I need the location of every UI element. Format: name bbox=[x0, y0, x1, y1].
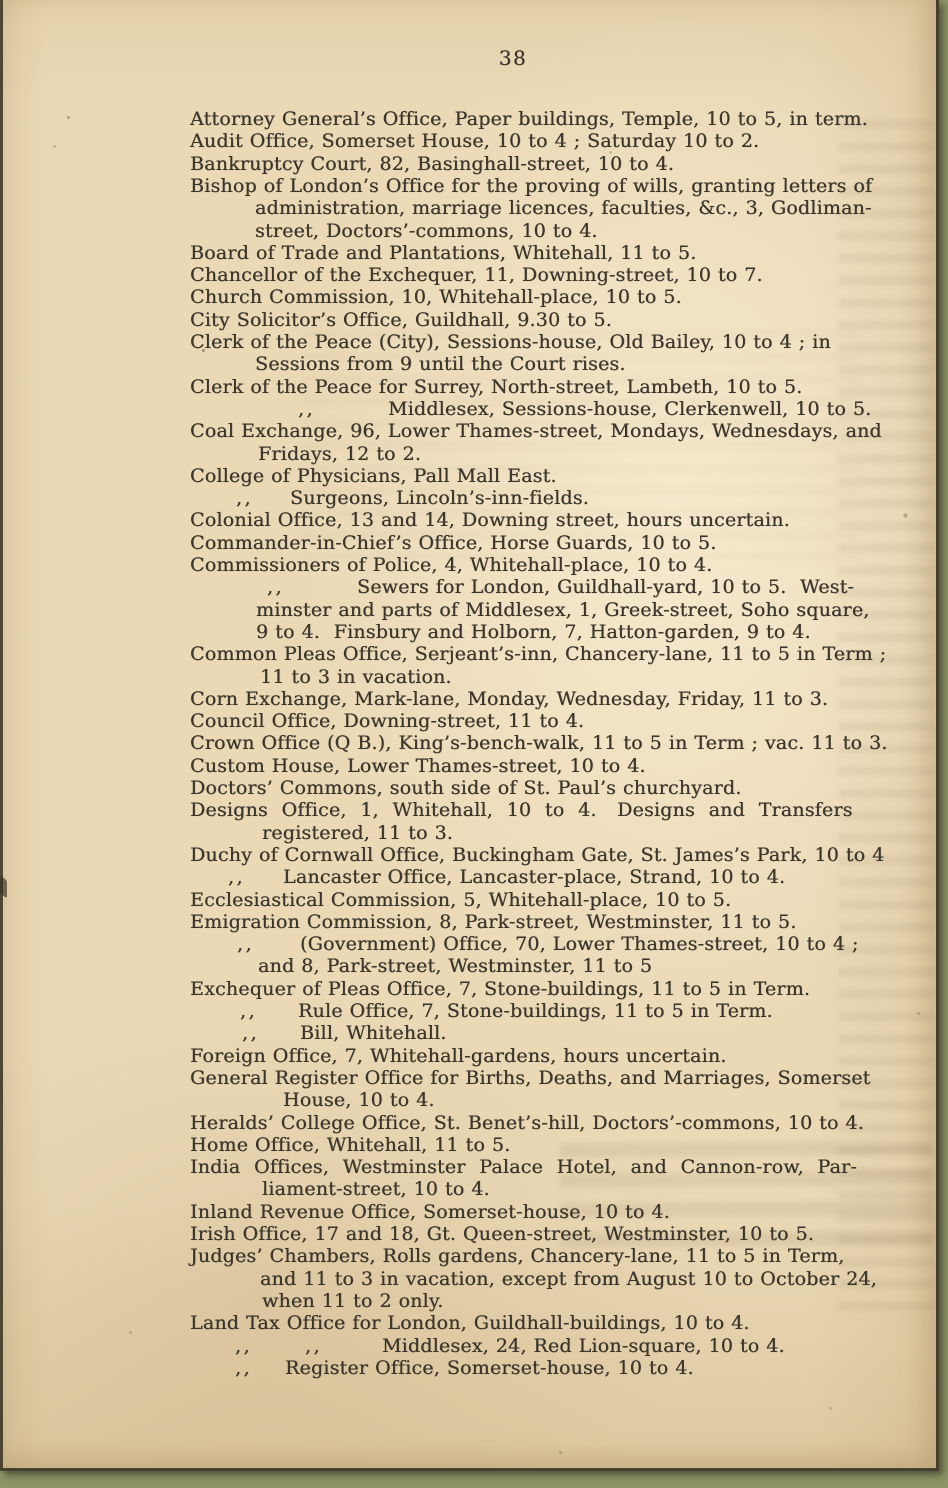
entry-text: Commander-in-Chief’s Office, Horse Guard… bbox=[190, 532, 716, 554]
entry-text: Surgeons, Lincoln’s-inn-fields. bbox=[290, 487, 589, 509]
entry-text: Corn Exchange, Mark-lane, Monday, Wednes… bbox=[190, 688, 828, 710]
entry-text: Crown Office (Q B.), King’s-bench-walk, … bbox=[190, 732, 888, 754]
page-left-edge bbox=[0, 0, 3, 1468]
directory-line: administration, marriage licences, facul… bbox=[190, 197, 890, 220]
directory-line: India Offices, Westminster Palace Hotel,… bbox=[190, 1156, 890, 1179]
entry-text: Foreign Office, 7, Whitehall-gardens, ho… bbox=[190, 1045, 727, 1067]
entry-text: when 11 to 2 only. bbox=[262, 1290, 443, 1312]
directory-line: Bishop of London’s Office for the provin… bbox=[190, 175, 890, 198]
ditto-mark: ,, bbox=[305, 1335, 322, 1357]
directory-line: minster and parts of Middlesex, 1, Greek… bbox=[190, 599, 890, 622]
entry-text: Bill, Whitehall. bbox=[300, 1022, 447, 1044]
directory-line: Bankruptcy Court, 82, Basinghall-street,… bbox=[190, 153, 890, 176]
entry-text: Commissioners of Police, 4, Whitehall-pl… bbox=[190, 554, 712, 576]
directory-line: Church Commission, 10, Whitehall-place, … bbox=[190, 286, 890, 309]
entry-text: minster and parts of Middlesex, 1, Greek… bbox=[256, 599, 870, 621]
entry-text: Clerk of the Peace for Surrey, North-str… bbox=[190, 376, 802, 398]
directory-line: Fridays, 12 to 2. bbox=[190, 443, 890, 466]
entry-text: Ecclesiastical Commission, 5, Whitehall-… bbox=[190, 889, 731, 911]
directory-line: registered, 11 to 3. bbox=[190, 822, 890, 845]
entry-text: Emigration Commission, 8, Park-street, W… bbox=[190, 911, 796, 933]
entry-text: Custom House, Lower Thames-street, 10 to… bbox=[190, 755, 646, 777]
entry-text: Doctors’ Commons, south side of St. Paul… bbox=[190, 777, 742, 799]
entry-text: Land Tax Office for London, Guildhall-bu… bbox=[190, 1312, 750, 1334]
directory-line: Ecclesiastical Commission, 5, Whitehall-… bbox=[190, 889, 890, 912]
directory-line: and 8, Park-street, Westminster, 11 to 5 bbox=[190, 955, 890, 978]
entry-text: street, Doctors’-commons, 10 to 4. bbox=[255, 220, 598, 242]
directory-line: ,,Sewers for London, Guildhall-yard, 10 … bbox=[190, 576, 890, 599]
directory-line: Duchy of Cornwall Office, Buckingham Gat… bbox=[190, 844, 890, 867]
entry-text: Bankruptcy Court, 82, Basinghall-street,… bbox=[190, 153, 674, 175]
directory-line: liament-street, 10 to 4. bbox=[190, 1178, 890, 1201]
entry-text: Register Office, Somerset-house, 10 to 4… bbox=[285, 1357, 694, 1379]
directory-line: ,,Middlesex, Sessions-house, Clerkenwell… bbox=[190, 398, 890, 421]
ditto-mark: ,, bbox=[235, 1335, 252, 1357]
directory-line: and 11 to 3 in vacation, except from Aug… bbox=[190, 1268, 890, 1291]
entry-text: Church Commission, 10, Whitehall-place, … bbox=[190, 286, 682, 308]
entry-text: Common Pleas Office, Serjeant’s-inn, Cha… bbox=[190, 643, 886, 665]
entry-text: and 11 to 3 in vacation, except from Aug… bbox=[260, 1268, 877, 1290]
directory-line: Common Pleas Office, Serjeant’s-inn, Cha… bbox=[190, 643, 890, 666]
entry-text: Rule Office, 7, Stone-buildings, 11 to 5… bbox=[298, 1000, 773, 1022]
entry-text: Lancaster Office, Lancaster-place, Stran… bbox=[283, 866, 785, 888]
ditto-mark: ,, bbox=[240, 1000, 257, 1022]
ditto-mark: ,, bbox=[237, 933, 254, 955]
directory-line: ,,Rule Office, 7, Stone-buildings, 11 to… bbox=[190, 1000, 890, 1023]
entry-text: Coal Exchange, 96, Lower Thames-street, … bbox=[190, 420, 882, 442]
entry-text: Fridays, 12 to 2. bbox=[258, 443, 421, 465]
ditto-mark: ,, bbox=[228, 866, 245, 888]
directory-line: Irish Office, 17 and 18, Gt. Queen-stree… bbox=[190, 1223, 890, 1246]
directory-line: Corn Exchange, Mark-lane, Monday, Wednes… bbox=[190, 688, 890, 711]
entry-text: Bishop of London’s Office for the provin… bbox=[190, 175, 872, 197]
directory-line: Clerk of the Peace for Surrey, North-str… bbox=[190, 376, 890, 399]
directory-line: Exchequer of Pleas Office, 7, Stone-buil… bbox=[190, 978, 890, 1001]
entry-text: 11 to 3 in vacation. bbox=[260, 666, 452, 688]
directory-line: ,,(Government) Office, 70, Lower Thames-… bbox=[190, 933, 890, 956]
entry-text: liament-street, 10 to 4. bbox=[262, 1178, 490, 1200]
directory-line: Board of Trade and Plantations, Whitehal… bbox=[190, 242, 890, 265]
directory-line: street, Doctors’-commons, 10 to 4. bbox=[190, 220, 890, 243]
directory-line: General Register Office for Births, Deat… bbox=[190, 1067, 890, 1090]
directory-line: Audit Office, Somerset House, 10 to 4 ; … bbox=[190, 130, 890, 153]
directory-line: House, 10 to 4. bbox=[190, 1089, 890, 1112]
scanned-page-photo: 38 Attorney General’s Office, Paper buil… bbox=[0, 0, 948, 1488]
entry-text: Duchy of Cornwall Office, Buckingham Gat… bbox=[190, 844, 884, 866]
entry-text: General Register Office for Births, Deat… bbox=[190, 1067, 871, 1089]
directory-line: Judges’ Chambers, Rolls gardens, Chancer… bbox=[190, 1245, 890, 1268]
directory-line: Colonial Office, 13 and 14, Downing stre… bbox=[190, 509, 890, 532]
entry-text: Audit Office, Somerset House, 10 to 4 ; … bbox=[190, 130, 759, 152]
entry-text: Colonial Office, 13 and 14, Downing stre… bbox=[190, 509, 790, 531]
ditto-mark: ,, bbox=[242, 1022, 259, 1044]
directory-line: when 11 to 2 only. bbox=[190, 1290, 890, 1313]
directory-line: ,,Lancaster Office, Lancaster-place, Str… bbox=[190, 866, 890, 889]
entry-text: Attorney General’s Office, Paper buildin… bbox=[190, 108, 868, 130]
book-page: 38 Attorney General’s Office, Paper buil… bbox=[0, 0, 939, 1471]
entry-text: Clerk of the Peace (City), Sessions-hous… bbox=[190, 331, 831, 353]
entry-text: House, 10 to 4. bbox=[283, 1089, 435, 1111]
directory-line: ,,,,Middlesex, 24, Red Lion-square, 10 t… bbox=[190, 1335, 890, 1358]
entry-text: and 8, Park-street, Westminster, 11 to 5 bbox=[258, 955, 652, 977]
directory-line: Clerk of the Peace (City), Sessions-hous… bbox=[190, 331, 890, 354]
directory-line: Crown Office (Q B.), King’s-bench-walk, … bbox=[190, 732, 890, 755]
entry-text: Home Office, Whitehall, 11 to 5. bbox=[190, 1134, 510, 1156]
entry-text: Council Office, Downing-street, 11 to 4. bbox=[190, 710, 584, 732]
directory-line: Attorney General’s Office, Paper buildin… bbox=[190, 108, 890, 131]
ditto-mark: ,, bbox=[267, 576, 284, 598]
directory-line: Doctors’ Commons, south side of St. Paul… bbox=[190, 777, 890, 800]
entry-text: administration, marriage licences, facul… bbox=[255, 197, 872, 219]
entry-text: Judges’ Chambers, Rolls gardens, Chancer… bbox=[190, 1245, 844, 1267]
directory-line: Heralds’ College Office, St. Benet’s-hil… bbox=[190, 1112, 890, 1135]
entry-text: India Offices, Westminster Palace Hotel,… bbox=[190, 1156, 857, 1178]
entry-text: Sessions from 9 until the Court rises. bbox=[255, 353, 626, 375]
entry-text: Heralds’ College Office, St. Benet’s-hil… bbox=[190, 1112, 864, 1134]
directory-line: Sessions from 9 until the Court rises. bbox=[190, 353, 890, 376]
directory-line: 11 to 3 in vacation. bbox=[190, 666, 890, 689]
directory-line: ,,Register Office, Somerset-house, 10 to… bbox=[190, 1357, 890, 1380]
directory-line: College of Physicians, Pall Mall East. bbox=[190, 465, 890, 488]
directory-line: ,,Surgeons, Lincoln’s-inn-fields. bbox=[190, 487, 890, 510]
ditto-mark: ,, bbox=[235, 1357, 252, 1379]
directory-line: Home Office, Whitehall, 11 to 5. bbox=[190, 1134, 890, 1157]
entry-text: Irish Office, 17 and 18, Gt. Queen-stree… bbox=[190, 1223, 814, 1245]
directory-line: Commissioners of Police, 4, Whitehall-pl… bbox=[190, 554, 890, 577]
entry-text: Sewers for London, Guildhall-yard, 10 to… bbox=[357, 576, 854, 598]
entry-text: Board of Trade and Plantations, Whitehal… bbox=[190, 242, 696, 264]
directory-line: City Solicitor’s Office, Guildhall, 9.30… bbox=[190, 309, 890, 332]
entry-text: Middlesex, 24, Red Lion-square, 10 to 4. bbox=[382, 1335, 785, 1357]
entry-text: Inland Revenue Office, Somerset-house, 1… bbox=[190, 1201, 670, 1223]
directory-line: ,,Bill, Whitehall. bbox=[190, 1022, 890, 1045]
directory-line: 9 to 4. Finsbury and Holborn, 7, Hatton-… bbox=[190, 621, 890, 644]
directory-line: Chancellor of the Exchequer, 11, Downing… bbox=[190, 264, 890, 287]
directory-line: Designs Office, 1, Whitehall, 10 to 4. D… bbox=[190, 799, 890, 822]
directory-line: Inland Revenue Office, Somerset-house, 1… bbox=[190, 1201, 890, 1224]
directory-line: Commander-in-Chief’s Office, Horse Guard… bbox=[190, 532, 890, 555]
page-number: 38 bbox=[489, 46, 537, 70]
entry-text: registered, 11 to 3. bbox=[262, 822, 453, 844]
directory-line: Coal Exchange, 96, Lower Thames-street, … bbox=[190, 420, 890, 443]
directory-line: Land Tax Office for London, Guildhall-bu… bbox=[190, 1312, 890, 1335]
directory-line: Custom House, Lower Thames-street, 10 to… bbox=[190, 755, 890, 778]
entry-text: Designs Office, 1, Whitehall, 10 to 4. D… bbox=[190, 799, 853, 821]
directory-line: Foreign Office, 7, Whitehall-gardens, ho… bbox=[190, 1045, 890, 1068]
entry-text: 9 to 4. Finsbury and Holborn, 7, Hatton-… bbox=[256, 621, 811, 643]
entry-text: (Government) Office, 70, Lower Thames-st… bbox=[300, 933, 859, 955]
directory-line: Emigration Commission, 8, Park-street, W… bbox=[190, 911, 890, 934]
entry-text: Middlesex, Sessions-house, Clerkenwell, … bbox=[388, 398, 871, 420]
entry-text: Chancellor of the Exchequer, 11, Downing… bbox=[190, 264, 763, 286]
entry-text: City Solicitor’s Office, Guildhall, 9.30… bbox=[190, 309, 612, 331]
ditto-mark: ,, bbox=[236, 487, 253, 509]
ditto-mark: ,, bbox=[298, 398, 315, 420]
entry-text: College of Physicians, Pall Mall East. bbox=[190, 465, 557, 487]
entry-text: Exchequer of Pleas Office, 7, Stone-buil… bbox=[190, 978, 810, 1000]
directory-line: Council Office, Downing-street, 11 to 4. bbox=[190, 710, 890, 733]
